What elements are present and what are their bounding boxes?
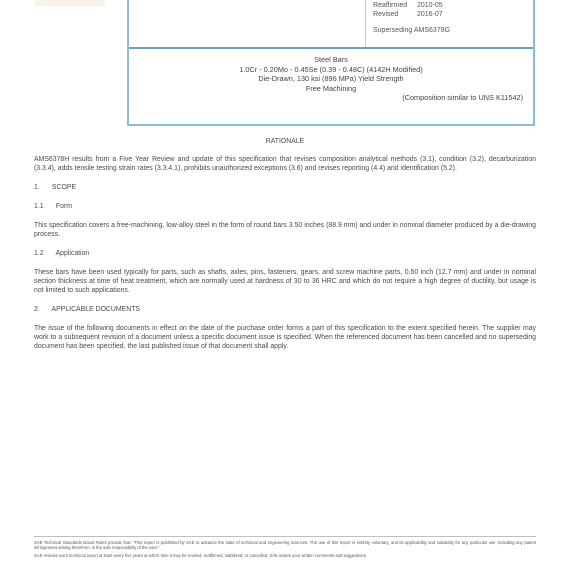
title-line: Die-Drawn, 130 ksi (896 MPa) Yield Stren… [129,74,533,84]
section-title: APPLICABLE DOCUMENTS [52,306,140,313]
document-title: Steel Bars 1.0Cr - 0.20Mo - 0.45Se (0.39… [129,55,533,103]
sae-logo [35,0,105,6]
footer-paragraph: SAE Technical Standards Board Rules prov… [34,540,536,551]
section-title: Form [56,203,72,210]
document-body: RATIONALE AMS6378H results from a Five Y… [34,137,536,361]
legal-footer: SAE Technical Standards Board Rules prov… [34,536,536,560]
rationale-heading: RATIONALE [34,137,536,146]
section-application-heading: 1.2 Application [34,249,536,258]
section-number: 1.2 [34,249,54,258]
document-header-box: Reaffirmed 2010-05 Revised 2016-07 Super… [127,0,535,126]
meta-value: 2010-05 [417,2,443,11]
applicable-documents-text: The issue of the following documents in … [34,324,536,351]
composition-note: (Composition similar to UNS K11542) [129,93,533,103]
meta-row-revised: Revised 2016-07 [373,11,533,20]
section-form-heading: 1.1 Form [34,202,536,211]
section-applicable-documents-heading: 2. APPLICABLE DOCUMENTS [34,305,536,314]
meta-row-reaffirmed: Reaffirmed 2010-05 [373,2,533,11]
section-title: Application [56,250,90,257]
revision-info: Reaffirmed 2010-05 Revised 2016-07 Super… [373,2,533,36]
rationale-text: AMS6378H results from a Five Year Review… [34,155,536,173]
footer-paragraph: SAE reviews each technical report at lea… [34,553,536,558]
form-text: This specification covers a free-machini… [34,221,536,239]
title-line: Steel Bars [129,55,533,65]
meta-label: Reaffirmed [373,2,417,11]
title-line: Free Machining [129,84,533,94]
section-number: 1.1 [34,202,54,211]
header-divider [365,0,366,47]
section-scope-heading: 1. SCOPE [34,183,536,192]
title-line: 1.0Cr - 0.20Mo - 0.45Se (0.39 - 0.48C) (… [129,65,533,75]
header-top-section: Reaffirmed 2010-05 Revised 2016-07 Super… [129,0,533,49]
meta-label: Revised [373,11,417,20]
application-text: These bars have been used typically for … [34,268,536,295]
section-number: 2. [34,305,50,314]
section-title: SCOPE [52,184,76,191]
superseding-note: Superseding AMS6378G [373,27,533,36]
section-number: 1. [34,183,50,192]
meta-value: 2016-07 [417,11,443,20]
